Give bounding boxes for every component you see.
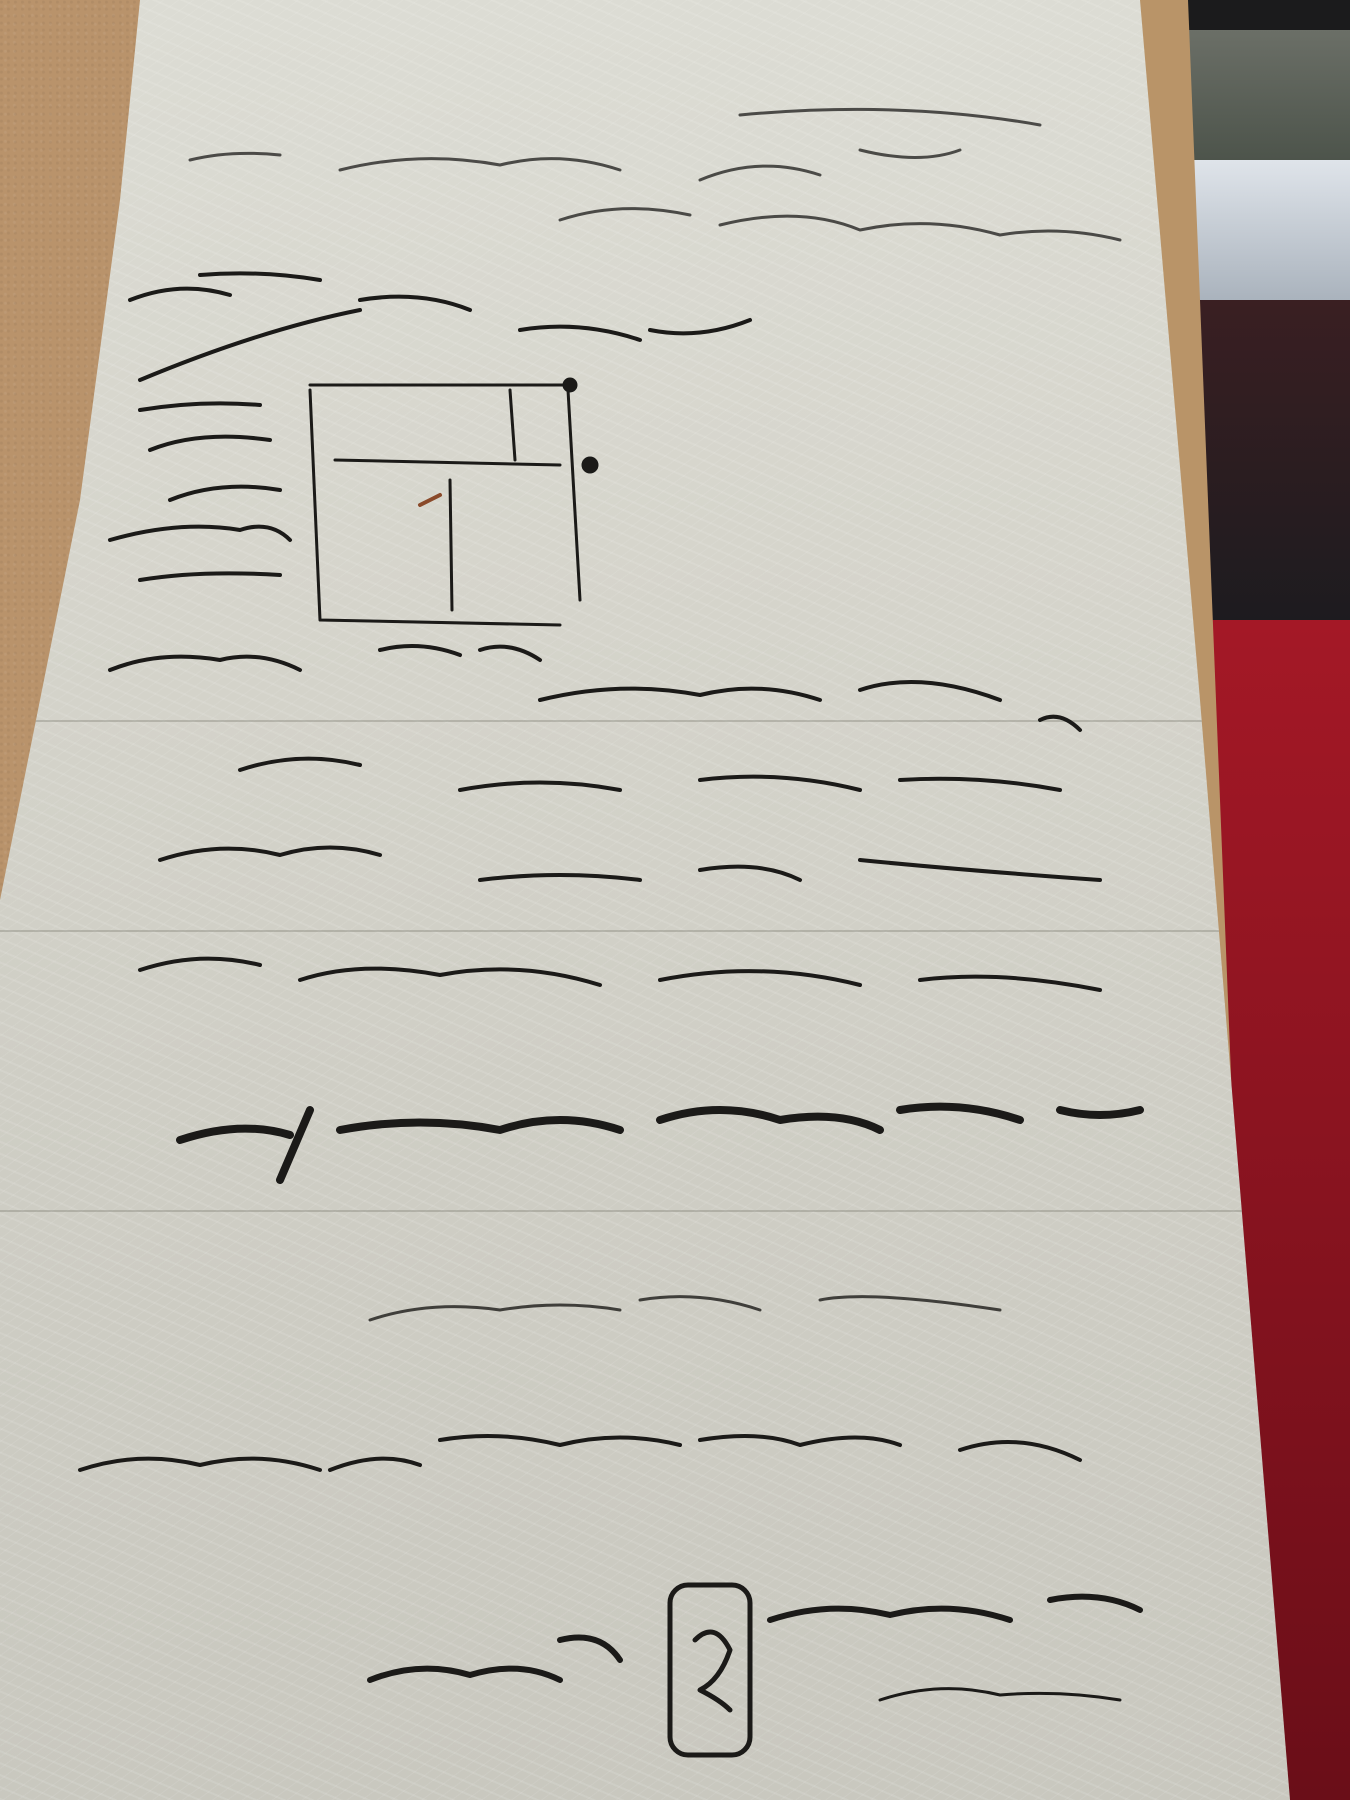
lower-text-line: [80, 1436, 1080, 1470]
body-text-lines: [140, 682, 1100, 990]
bold-text-line: [180, 1107, 1140, 1180]
plot-diagram: [310, 378, 598, 625]
margin-annotations: [110, 273, 750, 670]
handwriting-layer: [0, 0, 1350, 1800]
signature: [370, 1597, 1140, 1700]
seal-mark: [670, 1585, 750, 1755]
top-text-lines: [190, 109, 1120, 240]
faint-text-line: [370, 1297, 1000, 1320]
